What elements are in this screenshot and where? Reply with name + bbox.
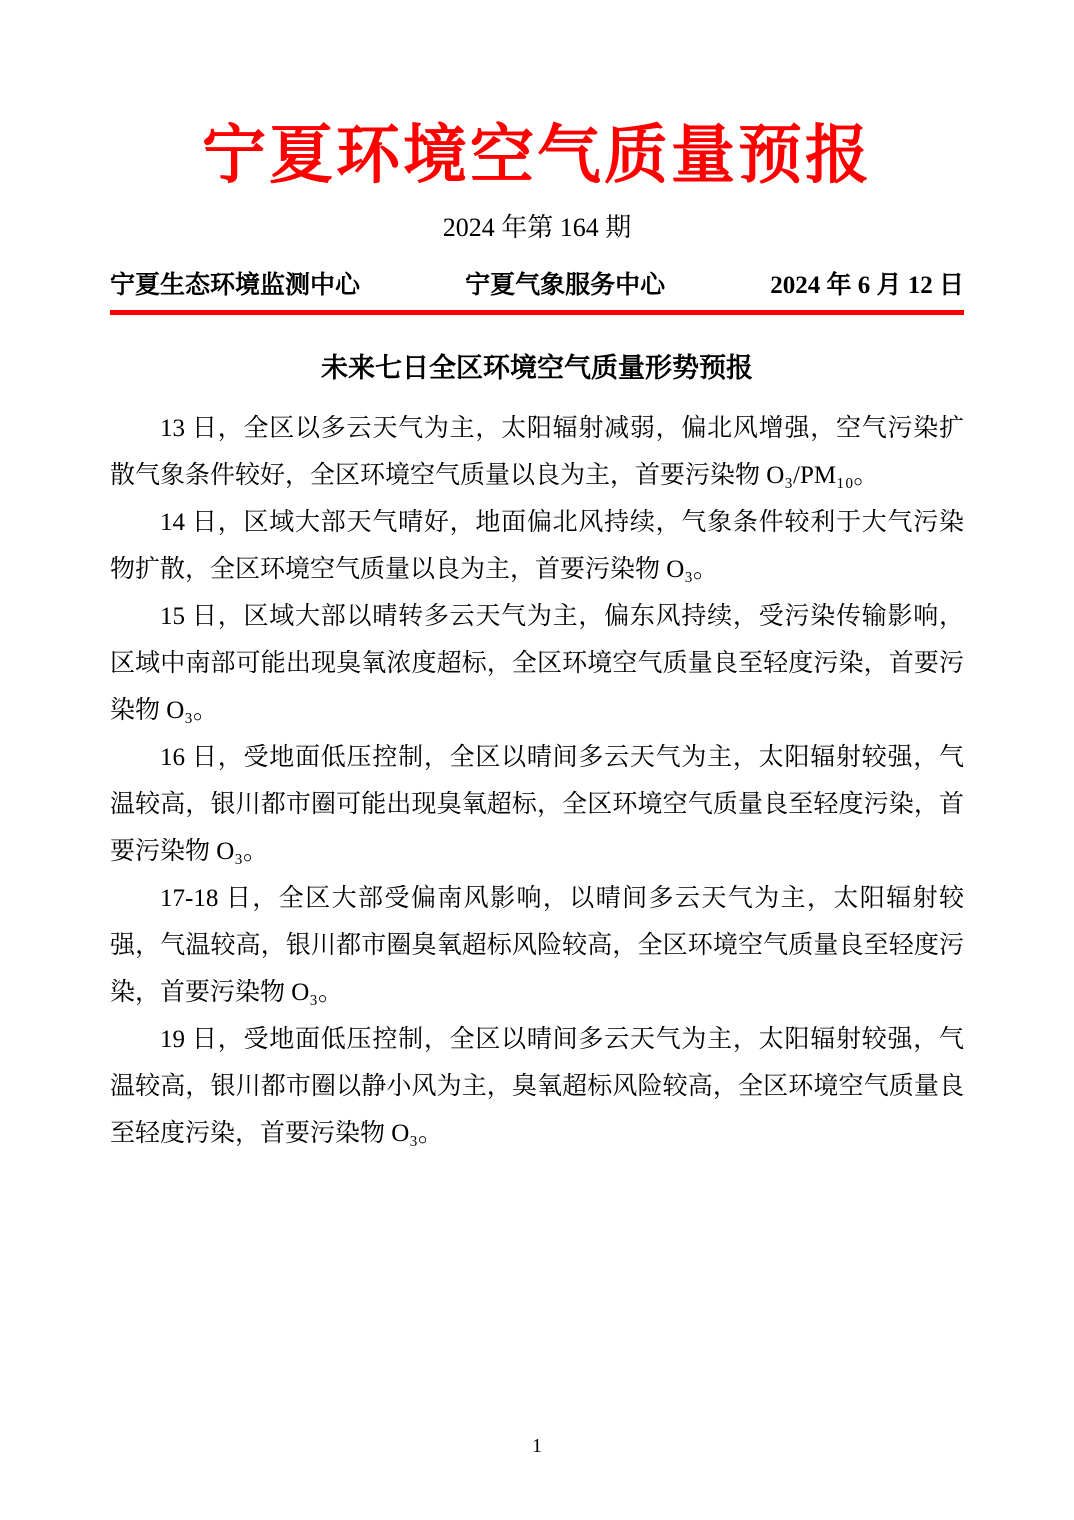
- forecast-paragraph-day16: 16 日，受地面低压控制，全区以晴间多云天气为主，太阳辐射较强，气温较高，银川都…: [110, 734, 964, 875]
- document-content: 宁夏环境空气质量预报 2024 年第 164 期 宁夏生态环境监测中心 宁夏气象…: [0, 116, 1074, 1157]
- header-row: 宁夏生态环境监测中心 宁夏气象服务中心 2024 年 6 月 12 日: [110, 270, 964, 315]
- forecast-paragraph-day15: 15 日，区域大部以晴转多云天气为主，偏东风持续，受污染传输影响，区域中南部可能…: [110, 593, 964, 734]
- page-number: 1: [0, 1434, 1074, 1458]
- document-page: 宁夏环境空气质量预报 2024 年第 164 期 宁夏生态环境监测中心 宁夏气象…: [0, 0, 1074, 1520]
- forecast-paragraph-day19: 19 日，受地面低压控制，全区以晴间多云天气为主，太阳辐射较强，气温较高，银川都…: [110, 1016, 964, 1157]
- header-org-center: 宁夏气象服务中心: [465, 270, 665, 302]
- doc-title: 宁夏环境空气质量预报: [110, 116, 964, 196]
- forecast-paragraph-day13: 13 日，全区以多云天气为主，太阳辐射减弱，偏北风增强，空气污染扩散气象条件较好…: [110, 405, 964, 499]
- forecast-body: 13 日，全区以多云天气为主，太阳辐射减弱，偏北风增强，空气污染扩散气象条件较好…: [110, 405, 964, 1157]
- issue-number: 2024 年第 164 期: [110, 212, 964, 244]
- header-date: 2024 年 6 月 12 日: [770, 270, 964, 302]
- header-org-left: 宁夏生态环境监测中心: [110, 270, 360, 302]
- forecast-paragraph-day17-18: 17-18 日，全区大部受偏南风影响，以晴间多云天气为主，太阳辐射较强，气温较高…: [110, 875, 964, 1016]
- section-title: 未来七日全区环境空气质量形势预报: [110, 351, 964, 385]
- forecast-paragraph-day14: 14 日，区域大部天气晴好，地面偏北风持续，气象条件较利于大气污染物扩散，全区环…: [110, 499, 964, 593]
